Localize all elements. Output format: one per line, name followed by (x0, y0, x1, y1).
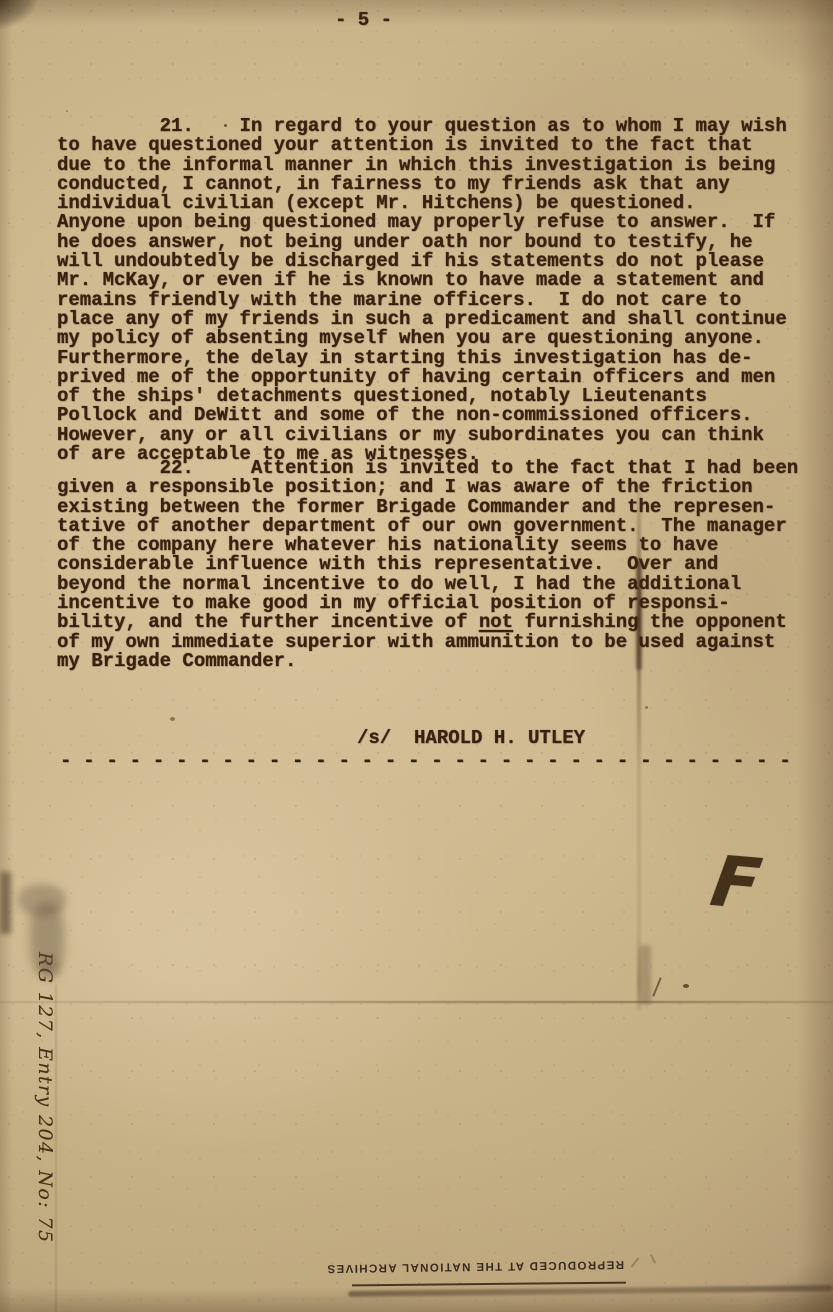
archives-stamp: REPRODUCED AT THE NATIONAL ARCHIVES (352, 1258, 624, 1274)
pen-stroke-mark (652, 977, 661, 996)
handwritten-margin-note: RG 127, Entry 204, No: 75 (34, 952, 56, 1212)
ink-speck (170, 717, 175, 721)
paragraph-21: 21. In regard to your question as to who… (57, 117, 817, 464)
ink-speck (683, 984, 689, 988)
page-number: - 5 - (335, 11, 392, 30)
ink-speck (137, 373, 140, 376)
paragraph-22-text-before: 22. Attention is invited to the fact tha… (57, 457, 798, 633)
paragraph-22: 22. Attention is invited to the fact tha… (57, 459, 817, 671)
ink-speck (66, 110, 68, 112)
handwritten-letter-f: F (707, 846, 766, 919)
pen-stroke-mark (631, 1258, 639, 1268)
horizontal-crease (0, 1001, 833, 1003)
scanned-document-page: - 5 - 21. In regard to your question as … (0, 0, 833, 1312)
stamp-underline (352, 1282, 626, 1287)
vertical-stain-dark-core (636, 560, 642, 670)
ink-speck (224, 124, 227, 127)
left-vertical-crease (55, 985, 57, 1312)
edge-smudge (0, 872, 11, 934)
stamp-smear-mark (348, 1285, 833, 1297)
vertical-stain-lower (640, 945, 651, 1005)
pen-stroke-mark (650, 1254, 656, 1264)
ink-smudge (40, 958, 60, 978)
separator-dashed-line: - - - - - - - - - - - - - - - - - - - - … (60, 752, 820, 771)
ink-speck (645, 706, 648, 709)
signature-line: /s/ HAROLD H. UTLEY (357, 729, 585, 748)
